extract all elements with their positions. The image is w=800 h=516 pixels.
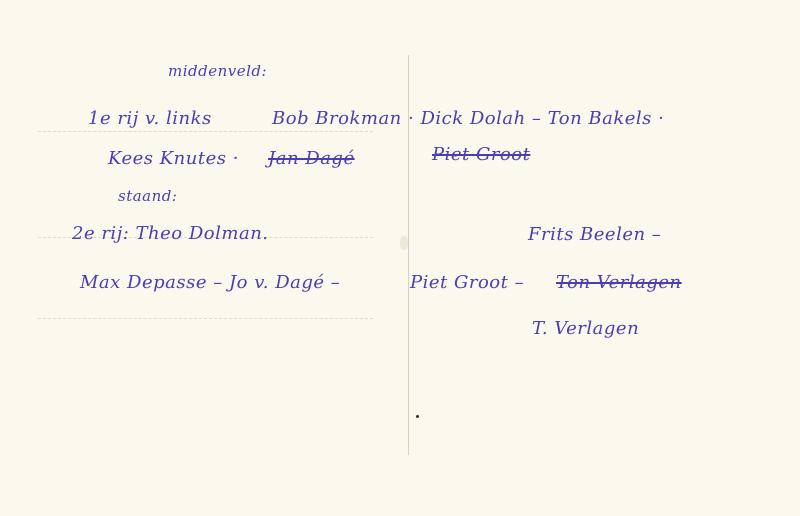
handwritten-row-label: 2e rij: Theo Dolman. xyxy=(72,223,269,244)
handwritten-name: Frits Beelen – xyxy=(528,224,661,245)
paper-smudge xyxy=(400,236,408,250)
handwritten-heading-middenveld: middenveld: xyxy=(168,62,267,80)
handwritten-name: T. Verlagen xyxy=(532,318,639,339)
ink-speck xyxy=(416,415,419,418)
handwritten-name: Piet Groot – xyxy=(410,272,524,293)
address-rule xyxy=(38,318,373,319)
handwritten-name-struck: Piet Groot xyxy=(432,144,530,165)
handwritten-names: Max Depasse – Jo v. Dagé – xyxy=(80,272,340,293)
handwritten-name: Kees Knutes · xyxy=(108,148,239,169)
handwritten-row-label: 1e rij v. links xyxy=(88,108,212,129)
handwritten-name-struck: Jan Dagé xyxy=(268,148,355,169)
handwritten-names: Bob Brokman · Dick Dolah – Ton Bakels · xyxy=(272,108,664,129)
address-rule xyxy=(38,131,373,132)
handwritten-heading-staand: staand: xyxy=(118,187,177,205)
handwritten-name-struck: Ton Verlagen xyxy=(556,272,682,293)
postcard-back: middenveld: 1e rij v. links Bob Brokman … xyxy=(0,0,800,516)
